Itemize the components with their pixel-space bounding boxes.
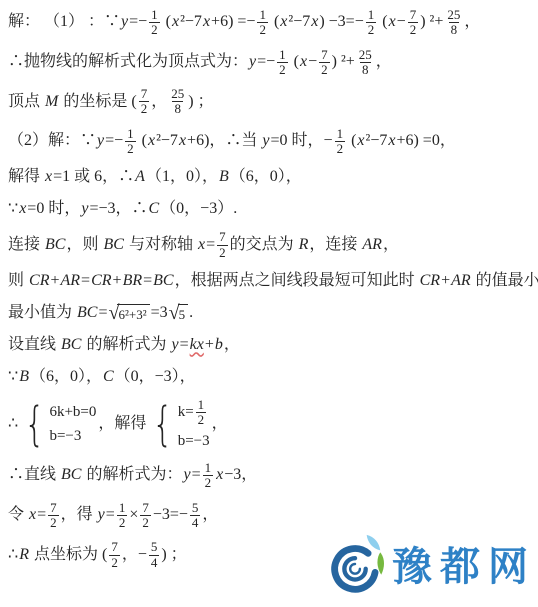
math-variable: R bbox=[298, 235, 310, 256]
math-variable: BC bbox=[152, 271, 174, 292]
math-text: = bbox=[192, 465, 201, 486]
watermark: 豫都网 bbox=[324, 532, 536, 601]
math-variable: x bbox=[215, 465, 224, 486]
math-text: + bbox=[441, 271, 450, 292]
math-variable: R bbox=[18, 545, 30, 566]
fraction-numerator: 7 bbox=[139, 87, 150, 101]
math-equation-system: {k=12b=−3 bbox=[148, 398, 209, 451]
math-variable: A bbox=[134, 167, 146, 188]
math-variable: x bbox=[356, 131, 365, 152]
math-text: 解得 bbox=[8, 167, 44, 188]
math-variable: y bbox=[248, 52, 257, 73]
math-text: （0，−3）， bbox=[115, 367, 196, 388]
solution-line: ∴直线 BC 的解析式为：y=12x−3， bbox=[8, 461, 534, 491]
math-text: ( bbox=[347, 131, 356, 152]
math-text: + bbox=[113, 271, 122, 292]
fraction-numerator: 25 bbox=[445, 8, 462, 22]
math-text: 的解析式为： bbox=[82, 465, 182, 486]
solution-lines: 解： （1） ：∵y=−12 (x²−7x+6) =−12 (x²−7x) −3… bbox=[8, 8, 534, 570]
math-text: . bbox=[189, 303, 193, 324]
math-variable: BC bbox=[76, 303, 98, 324]
cases-row: b=−3 bbox=[49, 427, 96, 447]
math-fraction: 72 bbox=[217, 230, 228, 260]
fraction-denominator: 2 bbox=[366, 22, 377, 37]
math-text: ) ； bbox=[161, 545, 186, 566]
math-fraction: 72 bbox=[109, 540, 120, 570]
math-text: + bbox=[50, 271, 59, 292]
math-text: （0，−3）. bbox=[160, 199, 237, 220]
math-text: −3=− bbox=[153, 505, 188, 526]
math-text: ( bbox=[162, 12, 171, 33]
fraction-denominator: 2 bbox=[277, 62, 288, 77]
fraction-numerator: 5 bbox=[149, 540, 160, 554]
math-fraction: 12 bbox=[203, 461, 214, 491]
math-variable: BC bbox=[60, 465, 82, 486]
math-text: = bbox=[37, 505, 46, 526]
math-variable: BC bbox=[44, 235, 66, 256]
math-variable: AR bbox=[450, 271, 472, 292]
math-variable: B bbox=[218, 167, 230, 188]
solution-line: 令 x=72，得 y=12×72−3=−54， bbox=[8, 501, 534, 531]
solution-line: 最小值为 BC=√6²+3²=3√5. bbox=[8, 302, 534, 324]
math-variable: BC bbox=[102, 235, 124, 256]
math-text: 设直线 bbox=[8, 335, 60, 356]
fraction-denominator: 8 bbox=[360, 62, 371, 77]
math-variable: y bbox=[80, 199, 89, 220]
math-text: 的坐标是 ( bbox=[59, 92, 136, 113]
math-text: =3 bbox=[151, 303, 168, 324]
math-text: 则 bbox=[8, 271, 28, 292]
math-variable: CR bbox=[28, 271, 50, 292]
math-text: 的交点为 bbox=[230, 235, 298, 256]
math-square-root: √6²+3² bbox=[109, 303, 150, 324]
fraction-numerator: 1 bbox=[277, 48, 288, 62]
math-text: +6) =− bbox=[211, 12, 255, 33]
fraction-denominator: 2 bbox=[117, 515, 128, 530]
solution-line: ∴抛物线的解析式化为顶点式为：y=−12 (x−72) ²+258， bbox=[8, 48, 534, 78]
fraction-numerator: 1 bbox=[149, 8, 160, 22]
math-fraction: 12 bbox=[257, 8, 268, 38]
math-text: （2）解：∵ bbox=[8, 131, 96, 152]
math-text: ，解得 bbox=[98, 414, 146, 435]
cases-brace-icon: { bbox=[153, 405, 173, 444]
math-text: ) −3=− bbox=[319, 12, 363, 33]
math-variable: x bbox=[171, 12, 180, 33]
math-text: ， bbox=[151, 92, 167, 113]
math-fraction: 72 bbox=[48, 501, 59, 531]
math-variable: y bbox=[97, 505, 106, 526]
math-variable: x bbox=[147, 131, 156, 152]
math-text: ( bbox=[378, 12, 387, 33]
math-text: =− bbox=[105, 131, 123, 152]
math-text: ∴ bbox=[8, 545, 18, 566]
math-text: = bbox=[106, 505, 115, 526]
fraction-numerator: 7 bbox=[109, 540, 120, 554]
math-text: =0 时，− bbox=[271, 131, 333, 152]
cases-brace-icon: { bbox=[25, 405, 45, 444]
fraction-numerator: 7 bbox=[319, 48, 330, 62]
fraction-denominator: 2 bbox=[335, 141, 346, 156]
math-text: ， bbox=[224, 335, 240, 356]
math-text: 最小值为 bbox=[8, 303, 76, 324]
math-variable: x bbox=[197, 235, 206, 256]
math-text: ²−7 bbox=[288, 12, 310, 33]
math-equation-system: {6k+b=0b=−3 bbox=[20, 403, 96, 446]
math-variable: y bbox=[96, 131, 105, 152]
fraction-denominator: 2 bbox=[217, 245, 228, 260]
math-text: 点坐标为 ( bbox=[30, 545, 107, 566]
math-variable: x bbox=[28, 505, 37, 526]
math-variable: AR bbox=[361, 235, 383, 256]
math-text: 的值最小， bbox=[472, 271, 538, 292]
solution-line: ∴{6k+b=0b=−3，解得{k=12b=−3， bbox=[8, 398, 534, 451]
math-text: ) ²+ bbox=[420, 12, 443, 33]
solution-line: 顶点 M 的坐标是 (72，258) ； bbox=[8, 87, 534, 117]
math-text: （6，0）， bbox=[30, 367, 102, 388]
math-variable: y bbox=[120, 12, 129, 33]
math-variable: y bbox=[170, 335, 179, 356]
math-text: ，则 bbox=[66, 235, 102, 256]
math-text: （1，0）， bbox=[146, 167, 218, 188]
math-text: ，连接 bbox=[309, 235, 361, 256]
cases-row: k=12 bbox=[178, 398, 210, 428]
radicand: 6²+3² bbox=[117, 304, 149, 324]
math-fraction: 258 bbox=[445, 8, 462, 38]
math-variable: C bbox=[102, 367, 115, 388]
math-variable: BC bbox=[60, 335, 82, 356]
fraction-numerator: 7 bbox=[217, 230, 228, 244]
fraction-denominator: 4 bbox=[149, 555, 160, 570]
math-text: ， bbox=[202, 505, 218, 526]
cases-row: 6k+b=0 bbox=[49, 403, 96, 423]
solution-line: 解： （1） ：∵y=−12 (x²−7x+6) =−12 (x²−7x) −3… bbox=[8, 8, 534, 38]
solution-line: ∵x=0 时，y=−3，∴C（0，−3）. bbox=[8, 198, 534, 220]
math-text: ) ²+ bbox=[332, 52, 355, 73]
fraction-numerator: 5 bbox=[190, 501, 201, 515]
math-text: + bbox=[205, 335, 214, 356]
math-text: 解： （1） ：∵ bbox=[8, 12, 120, 33]
math-text: × bbox=[129, 505, 138, 526]
math-text: ( bbox=[270, 12, 279, 33]
math-text: =− bbox=[257, 52, 275, 73]
math-text: ²−7 bbox=[180, 12, 202, 33]
math-text: ，得 bbox=[61, 505, 97, 526]
math-text: ( bbox=[290, 52, 299, 73]
fraction-denominator: 2 bbox=[109, 555, 120, 570]
math-text: ，根据两点之间线段最短可知此时 bbox=[175, 271, 419, 292]
math-text: = bbox=[206, 235, 215, 256]
math-variable: C bbox=[148, 199, 161, 220]
fraction-denominator: 8 bbox=[172, 101, 183, 116]
math-fraction: 54 bbox=[190, 501, 201, 531]
math-text: =− bbox=[129, 12, 147, 33]
fraction-numerator: 1 bbox=[335, 127, 346, 141]
fraction-numerator: 1 bbox=[366, 8, 377, 22]
math-variable: x bbox=[387, 131, 396, 152]
fraction-denominator: 2 bbox=[140, 515, 151, 530]
fraction-numerator: 25 bbox=[169, 87, 186, 101]
math-text: ，− bbox=[122, 545, 147, 566]
math-fraction: 12 bbox=[335, 127, 346, 157]
math-fraction: 72 bbox=[408, 8, 419, 38]
math-text: 6k+b=0 bbox=[49, 403, 96, 423]
solution-line: 连接 BC，则 BC 与对称轴 x=72的交点为 R，连接 AR， bbox=[8, 230, 534, 260]
math-variable: M bbox=[44, 92, 59, 113]
fraction-denominator: 2 bbox=[257, 22, 268, 37]
math-text: ， bbox=[383, 235, 399, 256]
math-fraction: 72 bbox=[139, 87, 150, 117]
fraction-denominator: 8 bbox=[449, 22, 460, 37]
fraction-denominator: 2 bbox=[408, 22, 419, 37]
math-variable: B bbox=[18, 367, 30, 388]
math-text: k= bbox=[178, 403, 194, 423]
math-fraction: 12 bbox=[149, 8, 160, 38]
fraction-numerator: 1 bbox=[203, 461, 214, 475]
fraction-denominator: 2 bbox=[48, 515, 59, 530]
solution-line: 设直线 BC 的解析式为 y=kx+b， bbox=[8, 334, 534, 356]
math-text: ²−7 bbox=[366, 131, 388, 152]
math-variable-wavy-underline: kx bbox=[189, 335, 205, 356]
math-variable: AR bbox=[60, 271, 82, 292]
math-text: b=−3 bbox=[49, 427, 81, 447]
math-text: =1 或 6，∴ bbox=[53, 167, 134, 188]
math-variable: x bbox=[299, 52, 308, 73]
site-logo-icon bbox=[324, 532, 388, 601]
math-fraction: 12 bbox=[196, 398, 207, 428]
math-text: =0 时， bbox=[27, 199, 80, 220]
math-fraction: 12 bbox=[117, 501, 128, 531]
math-text: ， bbox=[464, 12, 480, 33]
solution-document: 解： （1） ：∵y=−12 (x²−7x+6) =−12 (x²−7x) −3… bbox=[0, 0, 538, 570]
math-variable: CR bbox=[90, 271, 112, 292]
math-text: = bbox=[143, 271, 152, 292]
math-fraction: 258 bbox=[169, 87, 186, 117]
math-text: = bbox=[180, 335, 189, 356]
fraction-numerator: 7 bbox=[140, 501, 151, 515]
math-variable: x bbox=[279, 12, 288, 33]
solution-line: ∵B（6，0），C（0，−3）， bbox=[8, 366, 534, 388]
math-text: b=−3 bbox=[178, 432, 210, 452]
math-text: −3， bbox=[224, 465, 257, 486]
math-text: +6) =0， bbox=[396, 131, 455, 152]
fraction-denominator: 2 bbox=[149, 22, 160, 37]
math-text: +6)，∴当 bbox=[187, 131, 261, 152]
site-name: 豫都网 bbox=[392, 547, 536, 587]
solution-line: 解得 x=1 或 6，∴A（1，0），B（6，0）， bbox=[8, 166, 534, 188]
math-fraction: 72 bbox=[140, 501, 151, 531]
math-text: 与对称轴 bbox=[125, 235, 197, 256]
fraction-denominator: 2 bbox=[319, 62, 330, 77]
fraction-denominator: 4 bbox=[190, 515, 201, 530]
math-variable: CR bbox=[419, 271, 441, 292]
fraction-numerator: 1 bbox=[125, 127, 136, 141]
math-square-root: √5 bbox=[169, 303, 188, 324]
radicand: 5 bbox=[178, 304, 189, 324]
fraction-numerator: 1 bbox=[257, 8, 268, 22]
math-text: 令 bbox=[8, 505, 28, 526]
fraction-numerator: 25 bbox=[357, 48, 374, 62]
math-fraction: 258 bbox=[357, 48, 374, 78]
cases-row: b=−3 bbox=[178, 432, 210, 452]
math-variable: x bbox=[388, 12, 397, 33]
math-variable: x bbox=[18, 199, 27, 220]
math-text: − bbox=[308, 52, 317, 73]
math-text: 的解析式为 bbox=[82, 335, 170, 356]
math-text: = bbox=[81, 271, 90, 292]
fraction-numerator: 7 bbox=[48, 501, 59, 515]
math-fraction: 12 bbox=[125, 127, 136, 157]
fraction-numerator: 7 bbox=[408, 8, 419, 22]
math-text: = bbox=[98, 303, 107, 324]
math-text: ²−7 bbox=[156, 131, 178, 152]
math-variable: x bbox=[178, 131, 187, 152]
math-text: 顶点 bbox=[8, 92, 44, 113]
math-variable: y bbox=[261, 131, 270, 152]
math-text: ， bbox=[212, 414, 228, 435]
math-text: ∵ bbox=[8, 367, 18, 388]
math-fraction: 12 bbox=[366, 8, 377, 38]
math-text: ∴抛物线的解析式化为顶点式为： bbox=[8, 52, 248, 73]
math-text: =−3，∴ bbox=[89, 199, 147, 220]
math-variable: x bbox=[310, 12, 319, 33]
fraction-numerator: 1 bbox=[117, 501, 128, 515]
math-variable: y bbox=[182, 465, 191, 486]
math-variable: BR bbox=[122, 271, 144, 292]
cases-rows: 6k+b=0b=−3 bbox=[49, 403, 96, 446]
fraction-denominator: 2 bbox=[203, 475, 214, 490]
fraction-denominator: 2 bbox=[125, 141, 136, 156]
fraction-denominator: 2 bbox=[196, 412, 207, 427]
math-text: ∴直线 bbox=[8, 465, 60, 486]
math-fraction: 54 bbox=[149, 540, 160, 570]
math-variable: x bbox=[202, 12, 211, 33]
math-variable: x bbox=[44, 167, 53, 188]
math-text: ， bbox=[376, 52, 392, 73]
math-text: ∴ bbox=[8, 414, 18, 435]
fraction-denominator: 2 bbox=[139, 101, 150, 116]
math-text: ) ； bbox=[188, 92, 213, 113]
solution-line: （2）解：∵y=−12 (x²−7x+6)，∴当 y=0 时，−12 (x²−7… bbox=[8, 127, 534, 157]
math-text: − bbox=[397, 12, 406, 33]
math-variable: b bbox=[214, 335, 224, 356]
math-text: 连接 bbox=[8, 235, 44, 256]
solution-line: 则 CR+AR=CR+BR=BC，根据两点之间线段最短可知此时 CR+AR 的值… bbox=[8, 270, 534, 292]
math-text: （6，0）， bbox=[230, 167, 302, 188]
math-fraction: 72 bbox=[319, 48, 330, 78]
math-text: ∵ bbox=[8, 199, 18, 220]
cases-rows: k=12b=−3 bbox=[178, 398, 210, 451]
math-text: ( bbox=[138, 131, 147, 152]
math-fraction: 12 bbox=[277, 48, 288, 78]
fraction-numerator: 1 bbox=[196, 398, 207, 412]
